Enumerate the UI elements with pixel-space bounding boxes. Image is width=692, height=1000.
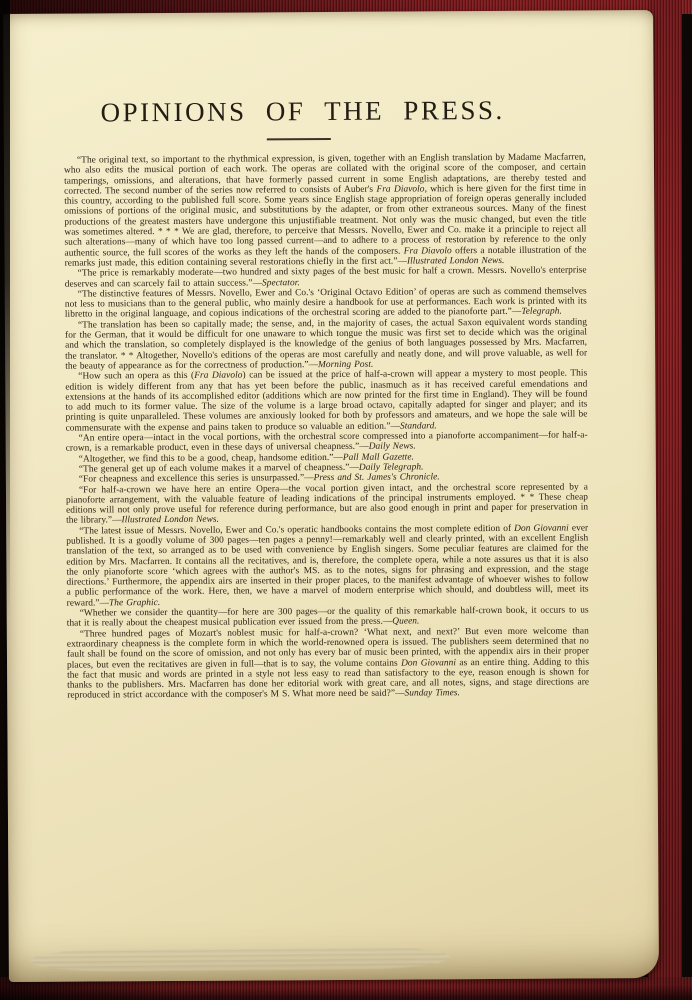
source-or-title-italic: Standard. <box>400 421 437 431</box>
source-or-title-italic: Fra Diavolo <box>376 184 424 194</box>
source-or-title-italic: Sunday Times. <box>404 689 459 699</box>
paragraph: “Three hundred pages of Mozart's noblest… <box>67 626 589 701</box>
source-or-title-italic: Don Giovanni <box>401 658 456 668</box>
source-or-title-italic: Fra Diavolo <box>404 246 452 256</box>
source-or-title-italic: Telegraph. <box>521 307 562 317</box>
page-edges-stack <box>30 946 450 972</box>
paragraph: “The original text, so important to the … <box>64 152 587 268</box>
paragraph: “The translation has been so capitally m… <box>65 317 587 372</box>
source-or-title-italic: Illustrated London News. <box>407 256 505 267</box>
paragraph: “For half-a-crown we have here an entire… <box>66 482 588 526</box>
source-or-title-italic: Illustrated London News. <box>121 515 219 526</box>
source-or-title-italic: Press and St. James's Chronicle. <box>314 473 440 484</box>
source-or-title-italic: Morning Post. <box>318 360 373 370</box>
paragraph: “The distinctive features of Messrs. Nov… <box>65 286 587 320</box>
page-title: OPINIONS OF THE PRESS. <box>42 95 564 129</box>
press-opinions-body: “The original text, so important to the … <box>64 152 589 701</box>
gutter-shadow <box>0 0 10 620</box>
source-or-title-italic: Spectator. <box>262 278 300 288</box>
source-or-title-italic: The Graphic. <box>109 598 160 608</box>
paragraph: “How such an opera as this (Fra Diavolo)… <box>65 369 587 434</box>
source-or-title-italic: Fra Diavolo <box>194 371 242 381</box>
scanned-book-photo: { "page": { "heading": "OPINIONS OF THE … <box>0 0 692 1000</box>
paragraph-text: “How such an opera as this ( <box>78 371 194 382</box>
source-or-title-italic: Queen. <box>392 617 419 627</box>
paragraph-text: “The distinctive features of Messrs. Nov… <box>65 286 587 320</box>
title-divider-rule <box>267 138 331 140</box>
paragraph-text: ever published. It is a goodly volume of… <box>66 523 588 608</box>
source-or-title-italic: Daily News. <box>369 442 416 452</box>
book-page: OPINIONS OF THE PRESS. “The original tex… <box>3 10 659 982</box>
source-or-title-italic: Don Giovanni <box>514 523 569 533</box>
paragraph: “The latest issue of Messrs. Novello, Ew… <box>66 523 588 609</box>
paragraph-text: “An entire opera—intact in the vocal por… <box>66 430 588 453</box>
page-content: OPINIONS OF THE PRESS. “The original tex… <box>64 94 590 701</box>
source-or-title-italic: Daily Telegraph. <box>359 462 424 472</box>
paragraph-text: “The price is remarkably moderate—two hu… <box>65 266 587 289</box>
source-or-title-italic: Pall Mall Gazette. <box>343 452 414 462</box>
paragraph-text: “Whether we consider the quantity—for he… <box>67 605 589 628</box>
